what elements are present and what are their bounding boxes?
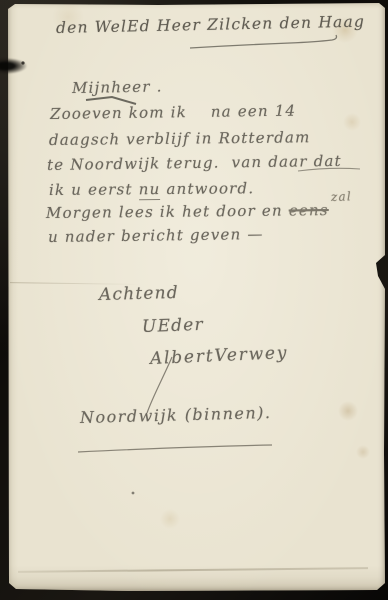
salutation: Mijnheer .	[72, 77, 163, 97]
body-line-2: daagsch verblijf in Rotterdam	[49, 128, 311, 149]
body-line-1: Zooeven kom ik na een 14	[50, 102, 296, 123]
body-line-5: Morgen lees ik het door en eens	[46, 201, 329, 222]
ink-smudge-left-edge	[0, 58, 27, 74]
paper-sheet	[8, 3, 385, 591]
body-line-4: ik u eerst nu antwoord.	[49, 179, 254, 199]
closing-ueder: UEder	[142, 315, 204, 337]
body-line-5-prefix: Morgen lees ik het door en	[46, 201, 289, 222]
letter-scan: den WelEd Heer Zilcken den Haag Mijnheer…	[0, 0, 388, 600]
inserted-word-above-line: zal	[331, 189, 352, 204]
body-line-4-prefix: ik u eerst	[49, 180, 139, 199]
body-line-4-suffix: antwoord.	[160, 179, 254, 198]
body-line-6: u nader bericht geven —	[48, 225, 264, 246]
underlined-word-nu: nu	[139, 180, 161, 200]
struck-out-word: eens	[289, 201, 329, 219]
closing-achtend: Achtend	[99, 283, 179, 305]
